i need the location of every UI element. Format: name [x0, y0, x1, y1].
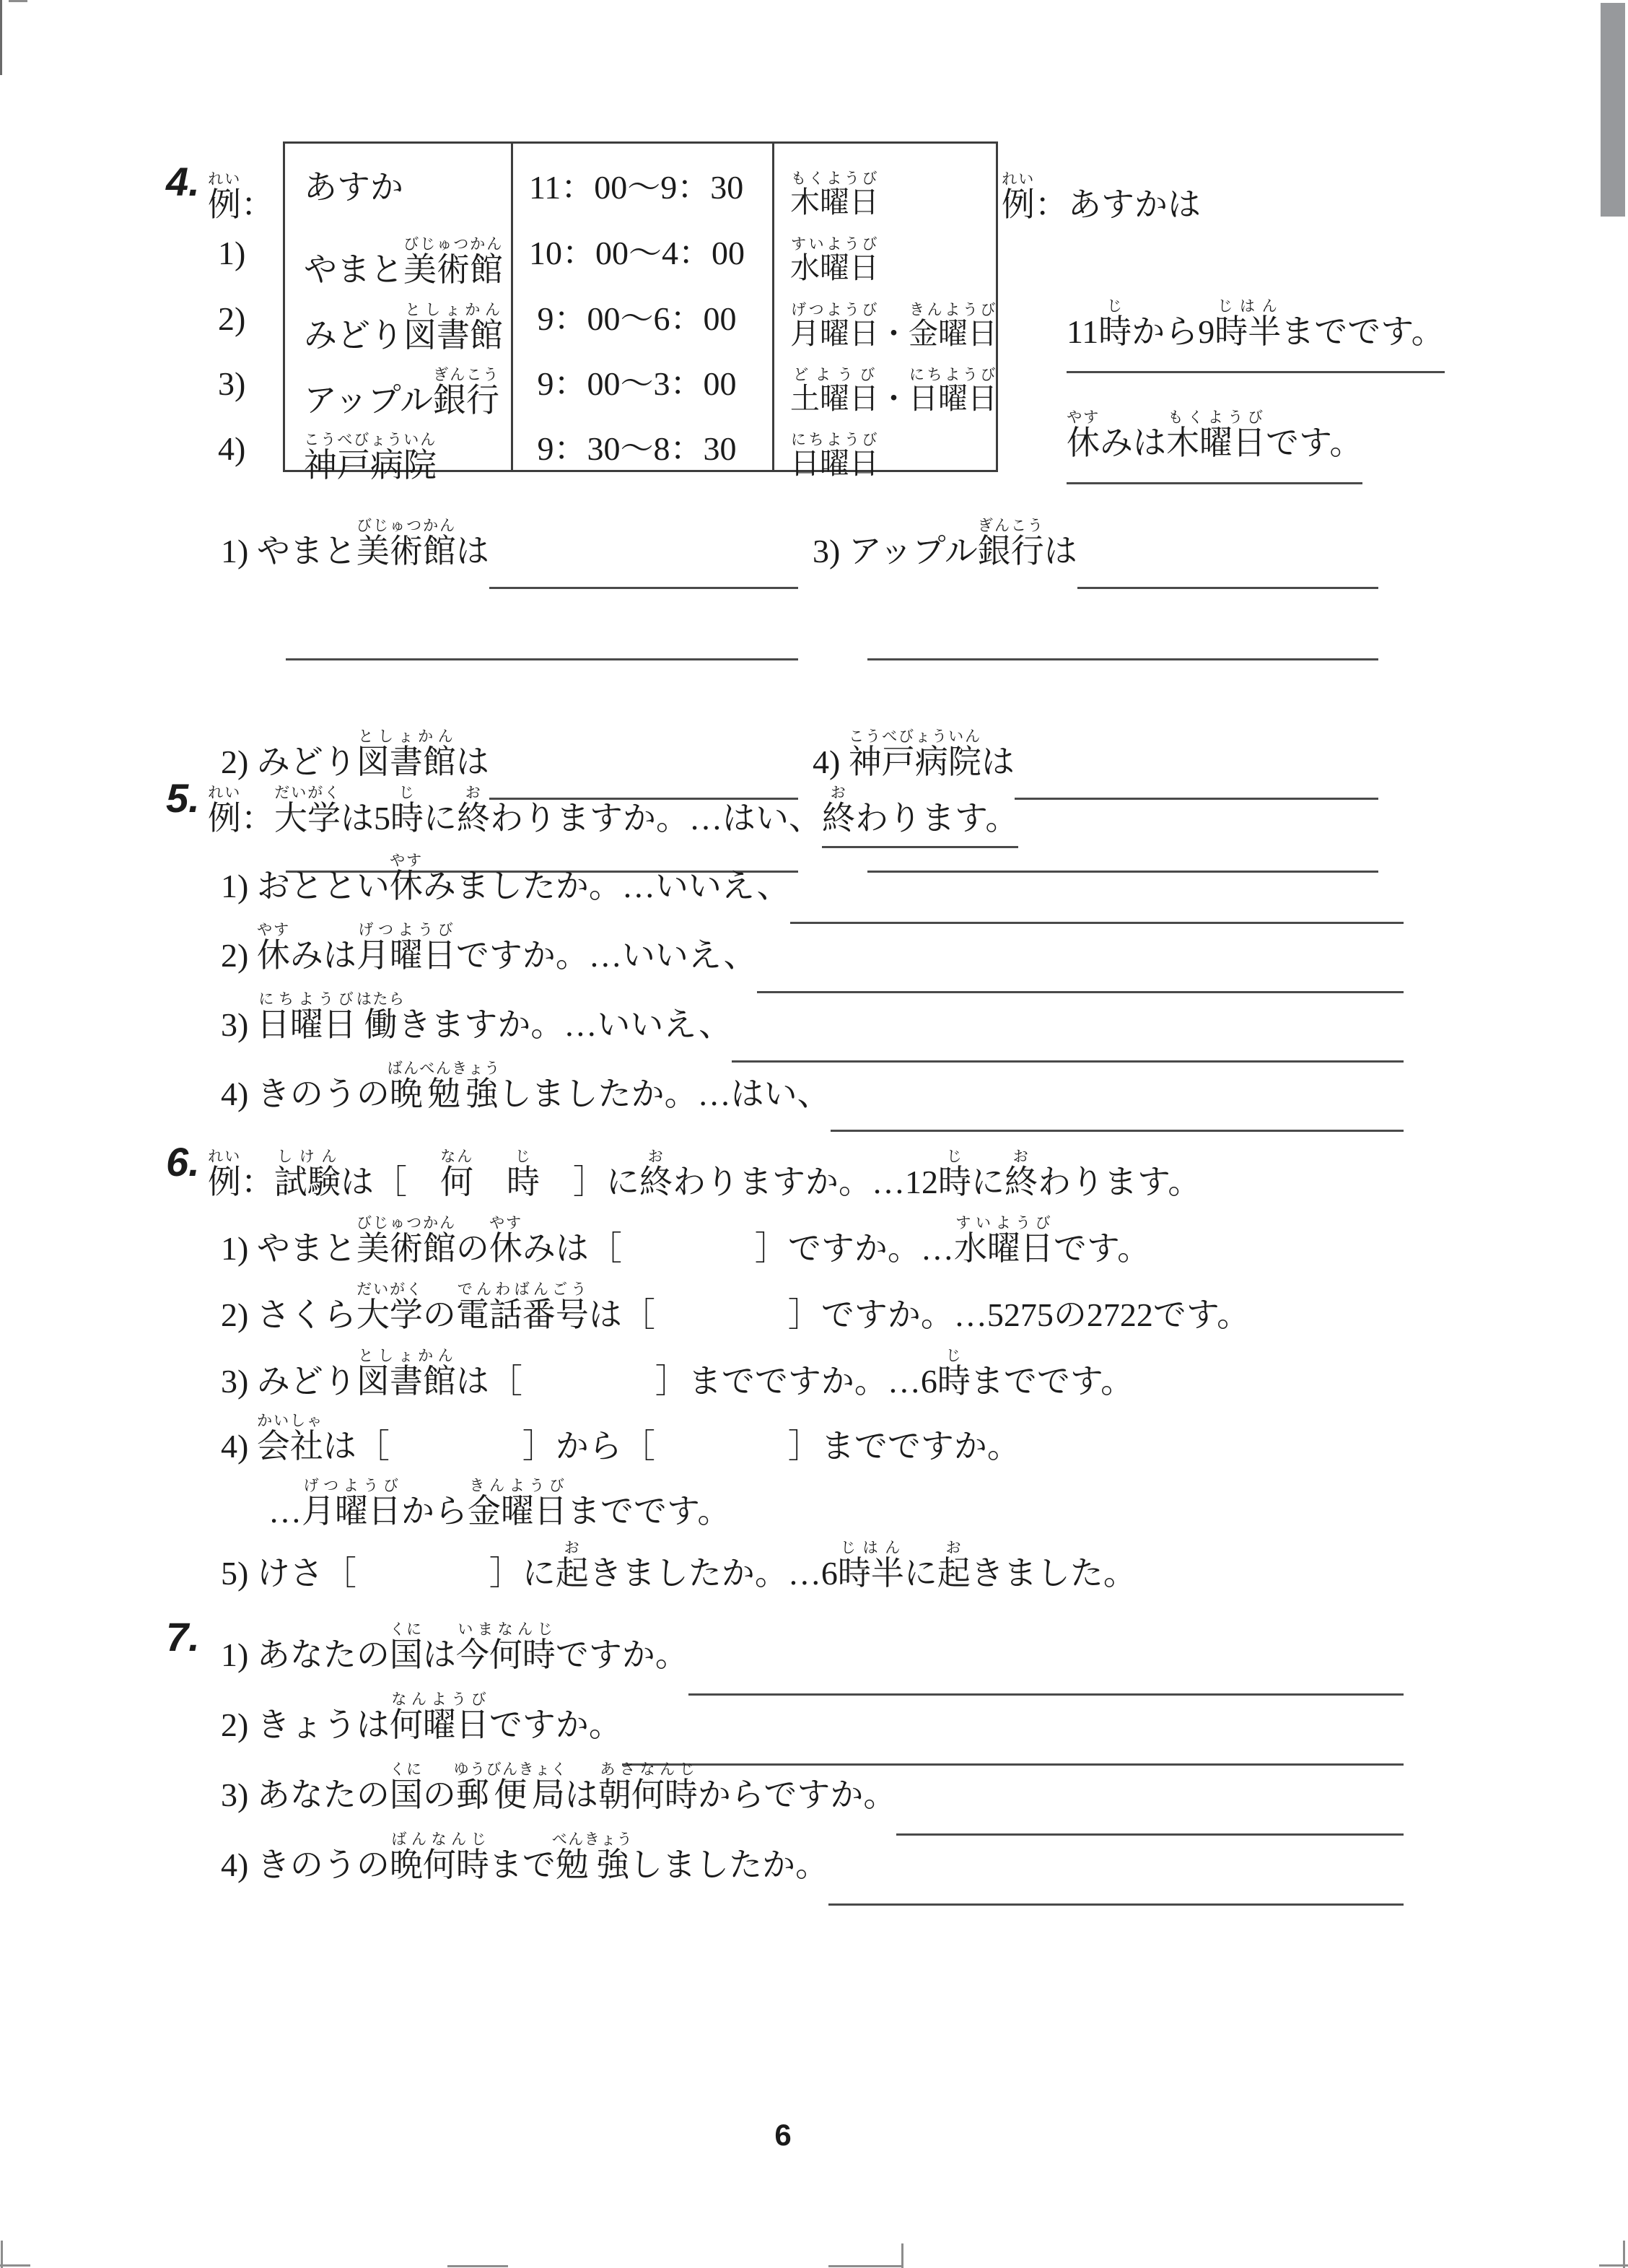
table-cell-name: やまと美術館びじゅつかん	[304, 235, 503, 289]
section-4-example-line-1: 例れい：あすかは	[1002, 170, 1201, 224]
table-row-label: 3)	[218, 366, 245, 403]
crop-mark	[901, 2243, 903, 2268]
scan-edge-mark	[0, 0, 2, 75]
crop-mark	[1599, 2264, 1628, 2267]
timetable: あすか 11：00～9：30 木曜日もくようび やまと美術館びじゅつかん 10：…	[283, 141, 998, 472]
s5-item-2: 2) 休やすみは月曜日げつようびですか。…いいえ、	[221, 921, 1404, 974]
table-row-label: 1)	[218, 235, 245, 272]
answer-line	[867, 658, 1378, 660]
table-cell-days: 木曜日もくようび	[790, 170, 879, 219]
s4-question-1: 1) やまと美術館びじゅつかんは	[221, 517, 798, 570]
s5-item-1: 1) おととい休やすみましたか。…いいえ、	[221, 852, 1404, 905]
s7-item-3: 3) あなたの国くにの郵便局ゆうびんきょくは朝何時あさなんじからですか。	[221, 1761, 1404, 1814]
s6-item-3: 3) みどり図書館としょかんは［ ］までですか。…6時じまでです。	[221, 1347, 1134, 1400]
chapter-tab	[1601, 3, 1625, 217]
answer-blank	[1077, 587, 1378, 589]
table-row-label: 4)	[218, 431, 245, 468]
section-6-number: 6.	[166, 1142, 200, 1182]
workbook-page: { "colors":{"tab_gray":"#97999c","rule":…	[0, 0, 1628, 2268]
table-cell-name: アップル銀行ぎんこう	[304, 366, 499, 419]
s6-item-2: 2) さくら大学だいがくの電話番号でんわばんごうは［ ］ですか。…5275の27…	[221, 1281, 1250, 1334]
section-6-example: 例れい：試験しけんは［ 何なん 時じ ］に終おわりますか。…12時じに終おわりま…	[208, 1148, 1201, 1201]
s6-item-4: 4) 会社かいしゃは［ ］から［ ］までですか。	[221, 1412, 1020, 1465]
answer-blank	[831, 1130, 1404, 1132]
s5-item-3: 3) 日曜日にちようび働はたらきますか。…いいえ、	[221, 990, 1404, 1044]
table-column-divider	[511, 144, 513, 470]
s6-item-4-answer: …月曜日げつようびから金曜日きんようびまでです。	[268, 1477, 730, 1530]
section-7-number: 7.	[166, 1617, 200, 1657]
answer-blank	[828, 1903, 1404, 1906]
table-cell-hours: 11：00～9：30	[529, 170, 743, 206]
section-4-example-answer-2: 休やすみは木曜日もくようびです。	[1067, 409, 1362, 484]
table-cell-days: 日曜日にちようび	[790, 431, 879, 480]
table-cell-hours: 10：00～4：00	[529, 235, 745, 272]
s7-item-1: 1) あなたの国くには今何時いまなんじですか。	[221, 1621, 1404, 1674]
section-4-example-answer-1: 11時じから9時半じはんまでです。	[1067, 297, 1445, 373]
s7-item-4: 4) きのうの晩何時ばんなんじまで勉強べんきょうしましたか。	[221, 1831, 1404, 1884]
table-cell-hours: 9：00～6：00	[529, 301, 737, 338]
table-cell-name: みどり図書館としょかん	[304, 301, 503, 354]
table-cell-days: 月曜日げつようび・金曜日きんようび	[790, 301, 997, 350]
section-5-number: 5.	[166, 778, 200, 819]
s5-item-4: 4) きのうの晩勉強ばんべんきょうしましたか。…はい、	[221, 1060, 1404, 1113]
table-column-divider	[772, 144, 774, 470]
table-cell-hours: 9：00～3：00	[529, 366, 737, 403]
answer-blank	[489, 587, 798, 589]
crop-mark	[447, 2265, 508, 2267]
crop-mark	[828, 2265, 903, 2267]
crop-mark	[0, 2264, 30, 2267]
section-5-example: 例れい：大学だいがくは5時じに終おわりますか。…はい、終おわります。	[208, 784, 1018, 837]
page-number: 6	[747, 2118, 819, 2153]
table-cell-name: 神戸病院こうべびょういん	[304, 431, 437, 484]
table-cell-days: 水曜日すいようび	[790, 235, 879, 284]
s6-item-1: 1) やまと美術館びじゅつかんの休やすみは［ ］ですか。…水曜日すいようびです。	[221, 1214, 1150, 1268]
s6-item-5: 5) けさ［ ］に起おきましたか。…6時半じはんに起おきました。	[221, 1539, 1137, 1592]
table-cell-name: あすか	[304, 170, 403, 206]
table-row-label: 2)	[218, 301, 245, 338]
answer-line	[286, 658, 798, 660]
s7-item-2: 2) きょうは何曜日なんようびですか。	[221, 1691, 1404, 1744]
section-4-number: 4.	[166, 162, 200, 202]
section-4-example-label: 例れい：	[208, 170, 274, 224]
scan-edge-mark	[9, 0, 27, 2]
answer-blank	[1015, 798, 1378, 800]
table-cell-days: 土曜日どようび・日曜日にちようび	[790, 366, 997, 415]
table-cell-hours: 9：30～8：30	[529, 431, 737, 468]
s4-question-3: 3) アップル銀行ぎんこうは	[813, 517, 1378, 570]
s4-question-2: 2) みどり図書館としょかんは	[221, 728, 798, 781]
s4-question-4: 4) 神戸病院こうべびょういんは	[813, 728, 1378, 781]
